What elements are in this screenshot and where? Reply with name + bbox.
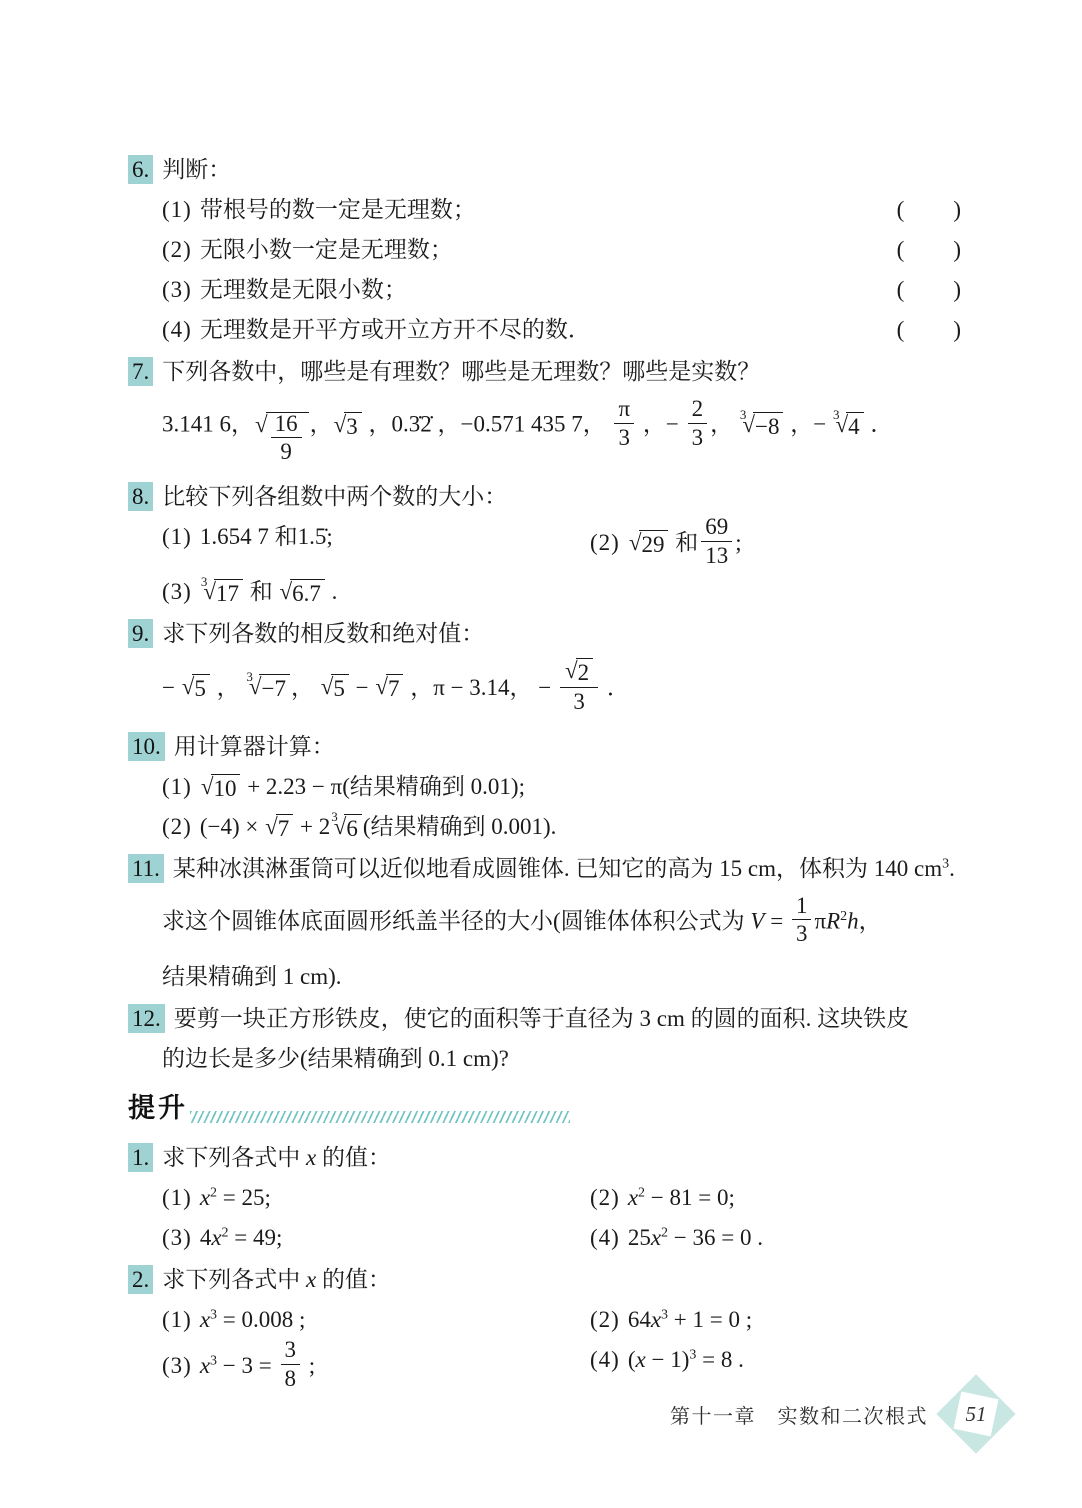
question-6-title: 判断： bbox=[162, 157, 231, 182]
item-math: 3√17 和 √6.7 . bbox=[200, 579, 338, 604]
item-label: (1) bbox=[162, 524, 192, 549]
hatch-stripe-decoration bbox=[190, 1111, 570, 1123]
item-math: (−4) × √7 + 23√6(结果精确到 0.001). bbox=[200, 814, 557, 839]
item-label: (3) bbox=[162, 1353, 192, 1378]
item-math: x3 − 3 = 38 ; bbox=[200, 1353, 315, 1378]
item-text: 无理数是无限小数； bbox=[200, 277, 407, 302]
boost-q1-item-4: (4)25x2 − 36 = 0 . bbox=[590, 1218, 962, 1258]
item-math: (x − 1)3 = 8 . bbox=[628, 1347, 744, 1372]
question-11-text-1: 某种冰淇淋蛋筒可以近似地看成圆锥体. 已知它的高为 15 cm，体积为 140 … bbox=[173, 856, 955, 881]
item-text: 无限小数一定是无理数； bbox=[200, 237, 453, 262]
section-heading-boost: 提升 bbox=[128, 1093, 962, 1124]
question-9-title-row: 9.求下列各数的相反数和绝对值： bbox=[128, 614, 962, 654]
boost-q2-row-1: (1)x3 = 0.008 ; (2)64x3 + 1 = 0 ; bbox=[162, 1300, 962, 1340]
boost-heading-text: 提升 bbox=[128, 1093, 188, 1124]
judge-item-2-text: (2)无限小数一定是无理数； bbox=[162, 230, 453, 270]
boost-question-2-number-badge: 2. bbox=[128, 1265, 153, 1294]
boost-q1-item-3: (3)4x2 = 49; bbox=[162, 1218, 590, 1258]
question-11-text-2: 求这个圆锥体底面圆形纸盖半径的大小(圆锥体体积公式为 V = 13πR2h， bbox=[162, 889, 962, 958]
item-math: x2 − 81 = 0; bbox=[628, 1185, 735, 1210]
item-label: (3) bbox=[162, 579, 192, 604]
exercise-content: 6.判断： (1)带根号的数一定是无理数； ( ) (2)无限小数一定是无理数；… bbox=[128, 150, 962, 1397]
boost-question-2-title: 求下列各式中 x 的值： bbox=[162, 1267, 391, 1292]
item-label: (2) bbox=[162, 237, 192, 262]
q8-item-1: (1)1.654 7 和1.5̇; bbox=[162, 517, 590, 572]
question-7-title: 下列各数中，哪些是有理数？哪些是无理数？哪些是实数？ bbox=[162, 359, 760, 384]
q10-item-2: (2)(−4) × √7 + 23√6(结果精确到 0.001). bbox=[162, 807, 962, 847]
item-label: (2) bbox=[590, 1307, 620, 1332]
judge-item-4-text: (4)无理数是开平方或开立方开不尽的数． bbox=[162, 310, 591, 350]
item-label: (2) bbox=[590, 530, 620, 555]
boost-q1-item-1: (1)x2 = 25; bbox=[162, 1178, 590, 1218]
question-12-text-2: 的边长是多少(结果精确到 0.1 cm)? bbox=[162, 1039, 962, 1079]
question-10: 10.用计算器计算： (1)√10 + 2.23 − π(结果精确到 0.01)… bbox=[128, 727, 962, 847]
item-label: (1) bbox=[162, 1307, 192, 1332]
boost-question-1: 1.求下列各式中 x 的值： (1)x2 = 25; (2)x2 − 81 = … bbox=[128, 1138, 962, 1258]
item-label: (1) bbox=[162, 197, 192, 222]
answer-blank-parentheses: ( ) bbox=[897, 230, 962, 270]
boost-q2-item-3: (3)x3 − 3 = 38 ; bbox=[162, 1340, 590, 1395]
question-11-text-3: 结果精确到 1 cm). bbox=[162, 957, 962, 997]
judge-item-2: (2)无限小数一定是无理数； ( ) bbox=[162, 230, 962, 270]
page-number-diamond: 51 bbox=[940, 1378, 1012, 1450]
boost-q1-item-2: (2)x2 − 81 = 0; bbox=[590, 1178, 962, 1218]
question-8-row-1: (1)1.654 7 和1.5̇; (2)√29 和6913; bbox=[162, 517, 962, 572]
question-6-number-badge: 6. bbox=[128, 155, 153, 184]
question-10-number-badge: 10. bbox=[128, 732, 165, 761]
item-math: √10 + 2.23 − π(结果精确到 0.01); bbox=[200, 774, 525, 799]
question-9-number-list: − √5 ， 3√−7， √5 − √7 ，π − 3.14， − √23 ． bbox=[162, 654, 962, 725]
item-label: (4) bbox=[590, 1347, 620, 1372]
question-12-number-badge: 12. bbox=[128, 1004, 165, 1033]
item-math: √29 和6913; bbox=[628, 530, 742, 555]
boost-question-1-title-row: 1.求下列各式中 x 的值： bbox=[128, 1138, 962, 1178]
answer-blank-parentheses: ( ) bbox=[897, 310, 962, 350]
question-12: 12.要剪一块正方形铁皮，使它的面积等于直径为 3 cm 的圆的面积. 这块铁皮… bbox=[128, 999, 962, 1079]
boost-q1-row-1: (1)x2 = 25; (2)x2 − 81 = 0; bbox=[162, 1178, 962, 1218]
item-label: (3) bbox=[162, 1225, 192, 1250]
q10-item-1: (1)√10 + 2.23 − π(结果精确到 0.01); bbox=[162, 767, 962, 807]
question-11: 11.某种冰淇淋蛋筒可以近似地看成圆锥体. 已知它的高为 15 cm，体积为 1… bbox=[128, 849, 962, 998]
judge-item-1: (1)带根号的数一定是无理数； ( ) bbox=[162, 190, 962, 230]
question-9-number-badge: 9. bbox=[128, 619, 153, 648]
judge-item-3-text: (3)无理数是无限小数； bbox=[162, 270, 407, 310]
question-9-title: 求下列各数的相反数和绝对值： bbox=[162, 621, 484, 646]
judge-item-1-text: (1)带根号的数一定是无理数； bbox=[162, 190, 476, 230]
item-text: 无理数是开平方或开立方开不尽的数． bbox=[200, 317, 591, 342]
question-12-line-1: 12.要剪一块正方形铁皮，使它的面积等于直径为 3 cm 的圆的面积. 这块铁皮 bbox=[128, 999, 962, 1039]
judge-item-4: (4)无理数是开平方或开立方开不尽的数． ( ) bbox=[162, 310, 962, 350]
question-11-number-badge: 11. bbox=[128, 854, 164, 883]
textbook-page: { "colors": { "badge_bg": "#9fd3d3", "ha… bbox=[0, 0, 1082, 1508]
boost-question-1-title: 求下列各式中 x 的值： bbox=[162, 1145, 391, 1170]
question-7-title-row: 7.下列各数中，哪些是有理数？哪些是无理数？哪些是实数？ bbox=[128, 352, 962, 392]
question-6-items: (1)带根号的数一定是无理数； ( ) (2)无限小数一定是无理数； ( ) (… bbox=[162, 190, 962, 350]
item-math: 25x2 − 36 = 0 . bbox=[628, 1225, 763, 1250]
question-8-title: 比较下列各组数中两个数的大小： bbox=[162, 484, 507, 509]
item-label: (1) bbox=[162, 774, 192, 799]
q8-item-2: (2)√29 和6913; bbox=[590, 517, 962, 572]
question-10-title-row: 10.用计算器计算： bbox=[128, 727, 962, 767]
question-11-line-1: 11.某种冰淇淋蛋筒可以近似地看成圆锥体. 已知它的高为 15 cm，体积为 1… bbox=[128, 849, 962, 889]
item-math: x3 = 0.008 ; bbox=[200, 1307, 306, 1332]
question-9: 9.求下列各数的相反数和绝对值： − √5 ， 3√−7， √5 − √7 ，π… bbox=[128, 614, 962, 725]
question-8: 8.比较下列各组数中两个数的大小： (1)1.654 7 和1.5̇; (2)√… bbox=[128, 477, 962, 612]
question-7-number-list: 3.141 6，√169，√3 ，0.3̇2̇ ，−0.571 435 7， π… bbox=[162, 392, 962, 475]
question-7: 7.下列各数中，哪些是有理数？哪些是无理数？哪些是实数？ 3.141 6，√16… bbox=[128, 352, 962, 475]
q8-item-3: (3)3√17 和 √6.7 . bbox=[162, 572, 962, 612]
question-10-title: 用计算器计算： bbox=[174, 734, 335, 759]
item-math: 4x2 = 49; bbox=[200, 1225, 283, 1250]
item-label: (4) bbox=[590, 1225, 620, 1250]
item-label: (1) bbox=[162, 1185, 192, 1210]
question-6: 6.判断： (1)带根号的数一定是无理数； ( ) (2)无限小数一定是无理数；… bbox=[128, 150, 962, 350]
item-label: (3) bbox=[162, 277, 192, 302]
question-12-text-1: 要剪一块正方形铁皮，使它的面积等于直径为 3 cm 的圆的面积. 这块铁皮 bbox=[174, 1006, 909, 1031]
question-7-number-badge: 7. bbox=[128, 357, 153, 386]
judge-item-3: (3)无理数是无限小数； ( ) bbox=[162, 270, 962, 310]
boost-q1-row-2: (3)4x2 = 49; (4)25x2 − 36 = 0 . bbox=[162, 1218, 962, 1258]
question-8-title-row: 8.比较下列各组数中两个数的大小： bbox=[128, 477, 962, 517]
boost-q2-item-2: (2)64x3 + 1 = 0 ; bbox=[590, 1300, 962, 1340]
boost-question-2: 2.求下列各式中 x 的值： (1)x3 = 0.008 ; (2)64x3 +… bbox=[128, 1260, 962, 1395]
item-math: 1.654 7 和1.5̇; bbox=[200, 524, 333, 549]
item-label: (2) bbox=[162, 814, 192, 839]
chapter-title: 第十一章 实数和二次根式 bbox=[670, 1400, 928, 1429]
boost-question-2-title-row: 2.求下列各式中 x 的值： bbox=[128, 1260, 962, 1300]
answer-blank-parentheses: ( ) bbox=[897, 190, 962, 230]
item-label: (4) bbox=[162, 317, 192, 342]
item-text: 带根号的数一定是无理数； bbox=[200, 197, 476, 222]
boost-question-1-number-badge: 1. bbox=[128, 1143, 153, 1172]
page-number: 51 bbox=[940, 1378, 1012, 1450]
question-6-title-row: 6.判断： bbox=[128, 150, 962, 190]
answer-blank-parentheses: ( ) bbox=[897, 270, 962, 310]
item-math: x2 = 25; bbox=[200, 1185, 271, 1210]
page-footer: 第十一章 实数和二次根式 51 bbox=[670, 1378, 1012, 1450]
item-math: 64x3 + 1 = 0 ; bbox=[628, 1307, 752, 1332]
question-8-number-badge: 8. bbox=[128, 482, 153, 511]
boost-q2-item-1: (1)x3 = 0.008 ; bbox=[162, 1300, 590, 1340]
item-label: (2) bbox=[590, 1185, 620, 1210]
